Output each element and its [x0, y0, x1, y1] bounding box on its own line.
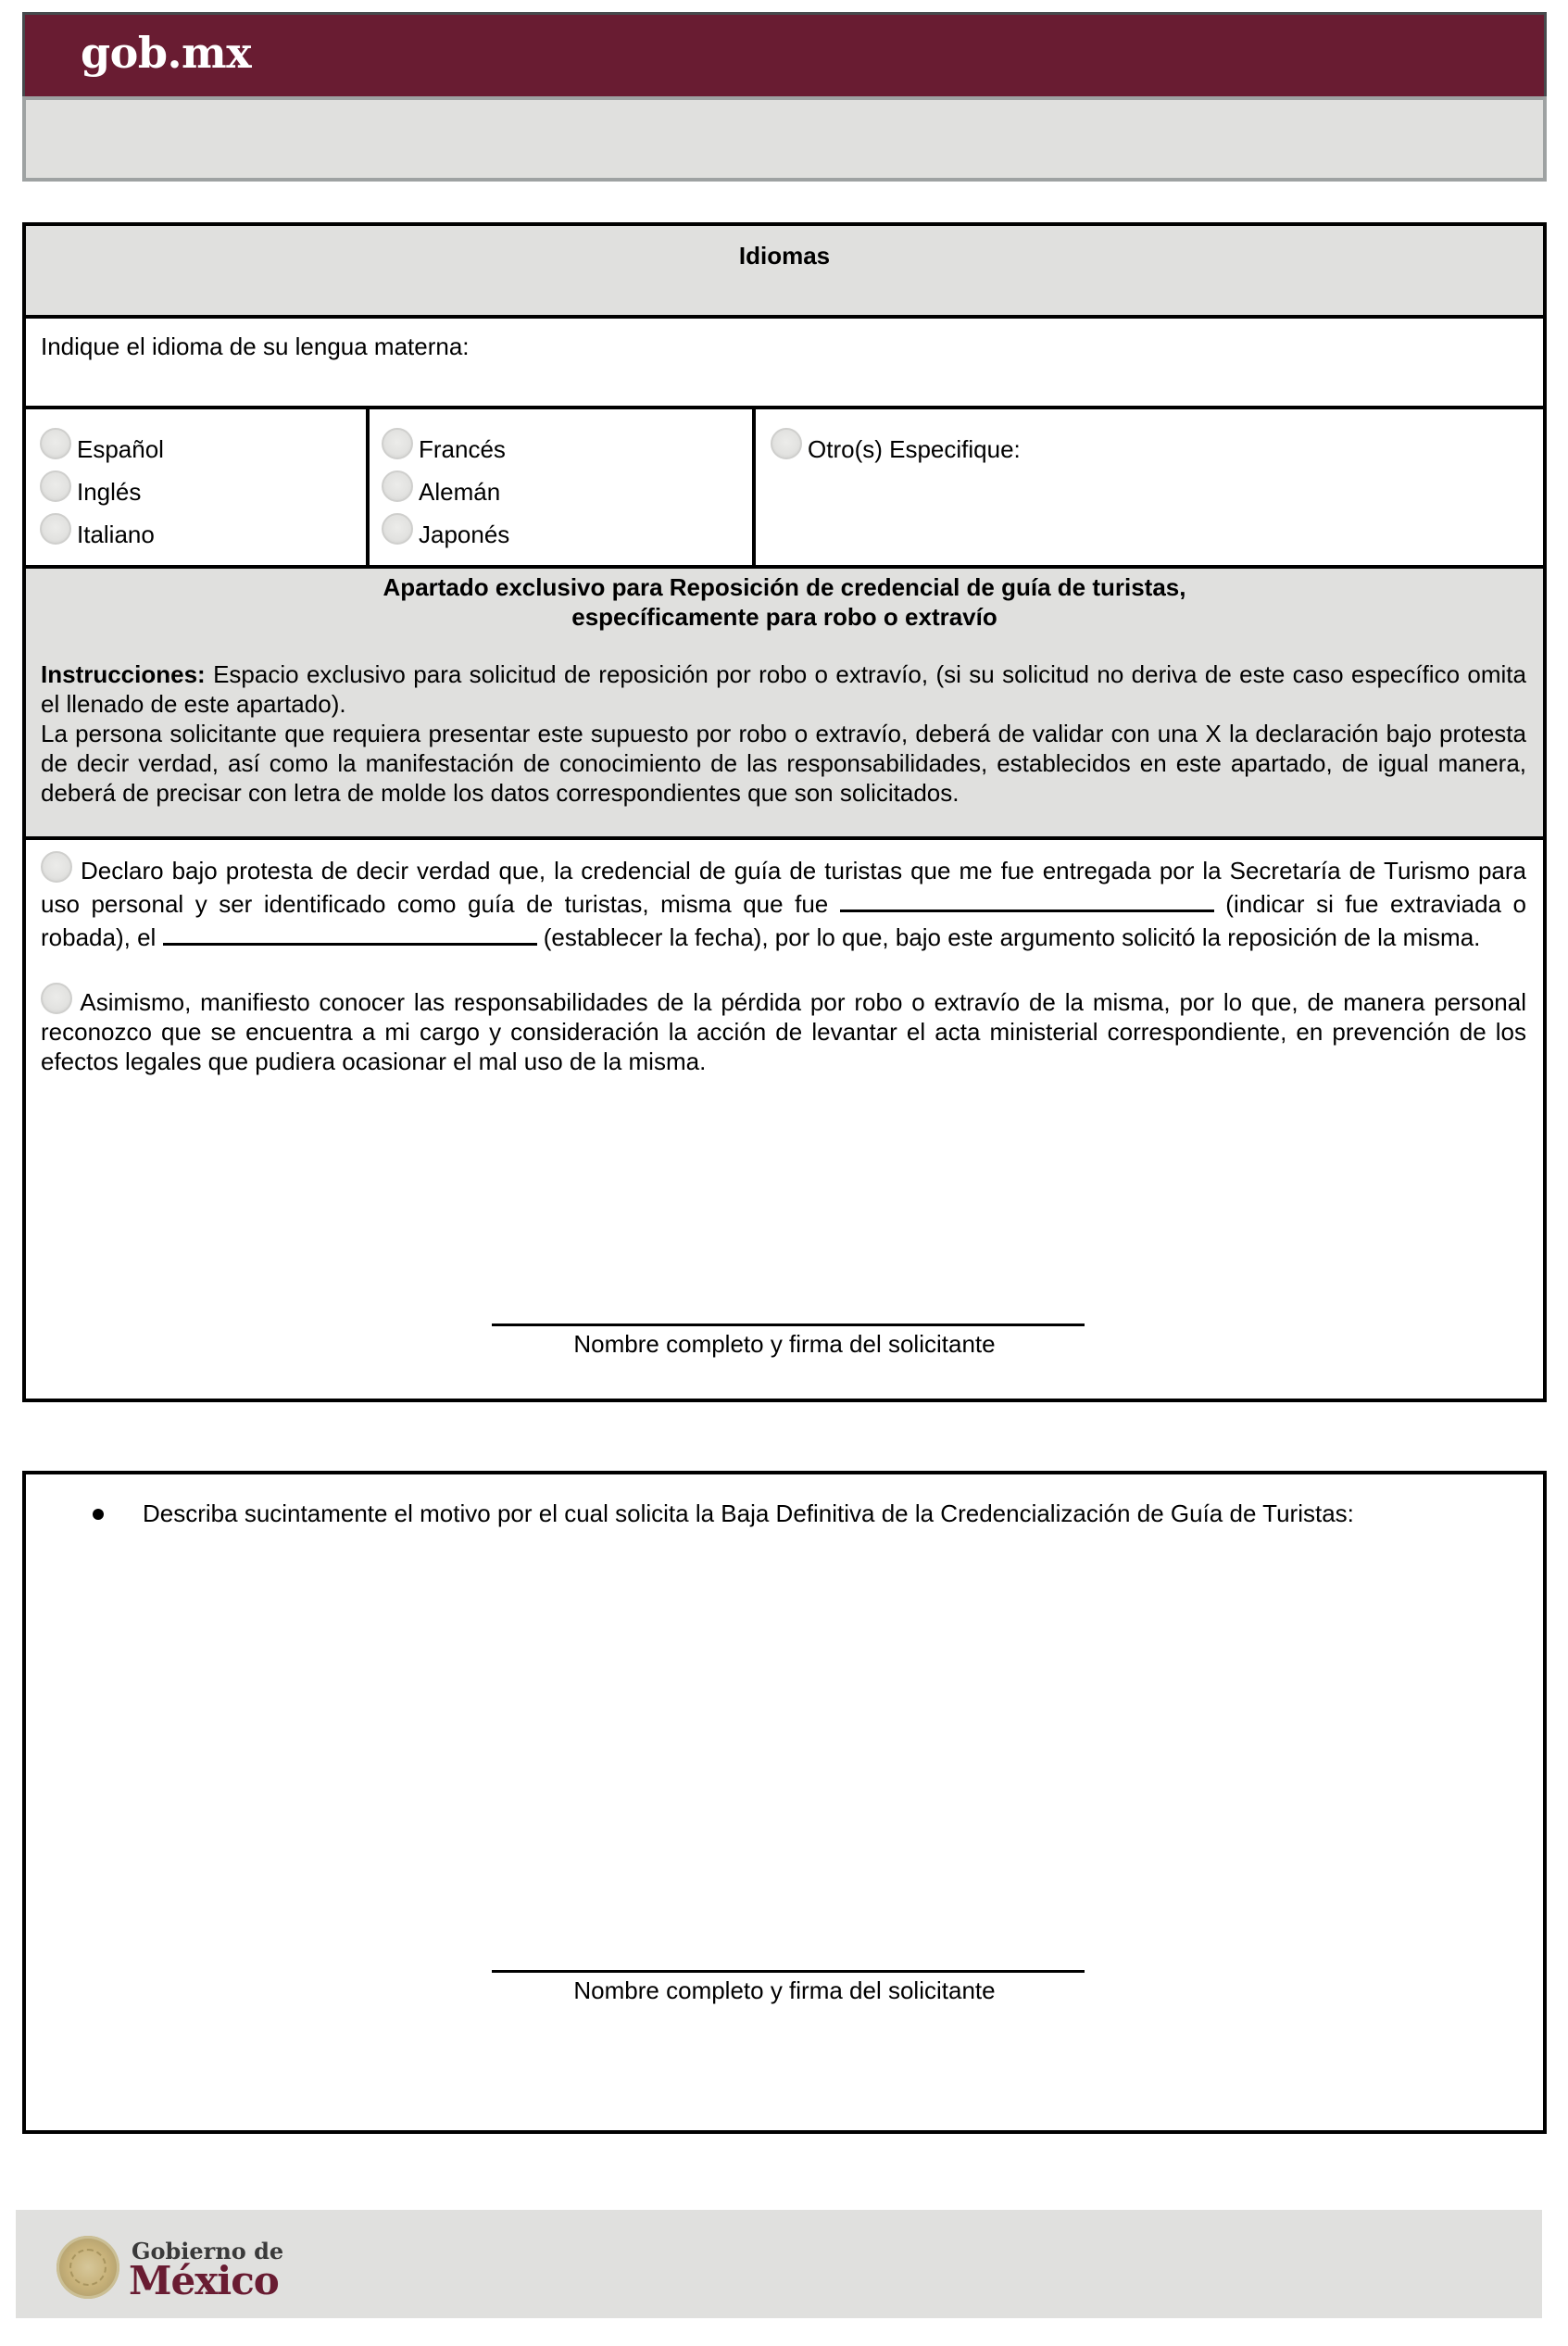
footer-logo-line2: México [129, 2258, 279, 2303]
lost-or-stolen-field[interactable] [840, 885, 1214, 912]
languages-row: Español Inglés Italiano Francés Alemán J… [26, 409, 1543, 565]
instructions-text: Espacio exclusivo para solicitud de repo… [41, 660, 1526, 718]
option-label: Japonés [419, 521, 509, 548]
gob-mx-logo[interactable]: gob.mx [81, 28, 251, 78]
idiomas-title: Idiomas [26, 241, 1543, 270]
replacement-title-line2: específicamente para robo o extravío [26, 602, 1543, 632]
instructions-label: Instrucciones: [41, 660, 206, 688]
date-field[interactable] [163, 919, 537, 946]
permanent-cancellation-box: Describa sucintamente el motivo por el c… [22, 1471, 1547, 2134]
option-label: Otro(s) Especifique: [808, 435, 1021, 463]
instructions-paragraph-2: La persona solicitante que requiera pres… [41, 719, 1526, 808]
signature-line[interactable] [492, 1970, 1085, 1973]
bullet-icon [93, 1509, 104, 1520]
option-aleman[interactable]: Alemán [382, 470, 500, 506]
declaration-paragraph: Declaro bajo protesta de decir verdad qu… [41, 851, 1526, 952]
replacement-title-line1: Apartado exclusivo para Reposición de cr… [26, 572, 1543, 602]
option-italiano[interactable]: Italiano [40, 513, 155, 548]
option-frances[interactable]: Francés [382, 428, 506, 463]
cancellation-prompt-text: Describa sucintamente el motivo por el c… [143, 1499, 1354, 1528]
declaration-section: Declaro bajo protesta de decir verdad qu… [26, 840, 1543, 1399]
brand-bar: gob.mx [22, 12, 1547, 96]
replacement-instructions-section: Apartado exclusivo para Reposición de cr… [26, 569, 1543, 836]
languages-and-replacement-table: Idiomas Indique el idioma de su lengua m… [22, 222, 1547, 1402]
signature-label: Nombre completo y firma del solicitante [26, 1329, 1543, 1359]
radio-button-icon[interactable] [382, 428, 413, 459]
national-seal-icon [56, 2236, 119, 2299]
option-japones[interactable]: Japonés [382, 513, 509, 548]
option-label: Francés [419, 435, 506, 463]
mother-tongue-prompt: Indique el idioma de su lengua materna: [41, 332, 470, 361]
option-otros-especifique[interactable]: Otro(s) Especifique: [771, 428, 1021, 463]
other-language-field[interactable] [1008, 428, 1526, 548]
signature-line[interactable] [492, 1324, 1085, 1326]
option-label: Alemán [419, 478, 500, 506]
radio-button-icon[interactable] [382, 513, 413, 545]
radio-button-icon[interactable] [40, 470, 71, 502]
radio-button-icon[interactable] [40, 513, 71, 545]
option-label: Inglés [77, 478, 141, 506]
radio-button-icon[interactable] [771, 428, 802, 459]
column-divider [752, 409, 756, 565]
signature-label: Nombre completo y firma del solicitante [26, 1976, 1543, 2005]
option-ingles[interactable]: Inglés [40, 470, 141, 506]
acknowledgement-paragraph: Asimismo, manifiesto conocer las respons… [41, 983, 1526, 1076]
acknowledgement-text: Asimismo, manifiesto conocer las respons… [41, 988, 1526, 1075]
mother-tongue-prompt-row: Indique el idioma de su lengua materna: [26, 319, 1543, 406]
header-band [22, 96, 1547, 182]
column-divider [366, 409, 370, 565]
instructions-paragraph: Instrucciones: Espacio exclusivo para so… [41, 659, 1526, 719]
radio-button-icon[interactable] [382, 470, 413, 502]
idiomas-header-row: Idiomas [26, 226, 1543, 315]
page-footer: Gobierno de México [16, 2210, 1542, 2318]
option-label: Italiano [77, 521, 155, 548]
option-espanol[interactable]: Español [40, 428, 164, 463]
cancellation-reason-field[interactable] [41, 1539, 1528, 1947]
declaration-checkbox-icon[interactable] [41, 851, 72, 883]
cancellation-prompt: Describa sucintamente el motivo por el c… [93, 1499, 1354, 1528]
declaration-text: (establecer la fecha), por lo que, bajo … [537, 923, 1481, 951]
option-label: Español [77, 435, 164, 463]
radio-button-icon[interactable] [40, 428, 71, 459]
page-header: gob.mx [22, 12, 1547, 182]
acknowledgement-checkbox-icon[interactable] [41, 983, 72, 1014]
